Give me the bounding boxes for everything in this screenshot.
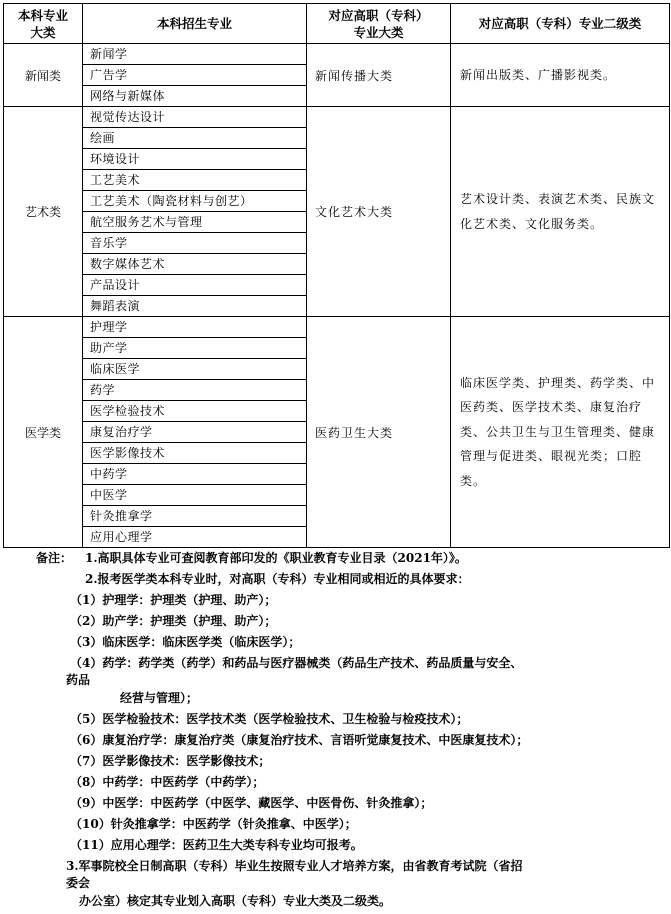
note-line: 经营与管理）；: [120, 688, 198, 708]
note-line: 3.军事院校全日制高职（专科）毕业生按照专业人才培养方案，由省教育考试院（省招: [66, 856, 523, 876]
major-cell: 临床医学: [83, 359, 307, 380]
table-row: 艺术类 视觉传达设计 文化艺术大类 艺术设计类、表演艺术类、民族文化艺术类、文化…: [4, 107, 670, 128]
note-line: 委会: [66, 873, 90, 893]
vocational-secondary-cell: 临床医学类、护理类、药学类、中医药类、医学技术类、康复治疗类、公共卫生与卫生管理…: [451, 317, 670, 548]
note-line: （5）医学检验技术：医学技术类（医学检验技术、卫生检验与检疫技术）；: [70, 709, 468, 729]
header-vocational-class: 对应高职（专科）专业大类: [307, 4, 451, 44]
major-cell: 网络与新媒体: [83, 86, 307, 107]
header-undergrad-major: 本科招生专业: [83, 4, 307, 44]
note-line: （11）应用心理学：医药卫生大类专科专业均可报考。: [70, 835, 363, 855]
major-cell: 医学影像技术: [83, 443, 307, 464]
note-line: （4）药学：药学类（药学）和药品与医疗器械类（药品生产技术、药品质量与安全、: [70, 653, 522, 673]
major-cell: 舞蹈表演: [83, 296, 307, 317]
major-cell: 医学检验技术: [83, 401, 307, 422]
note-line: 1.高职具体专业可查阅教育部印发的《职业教育专业目录（2021年）》。: [85, 548, 467, 568]
header-text: 本科专业: [18, 8, 68, 23]
vocational-class-cell: 文化艺术大类: [307, 107, 451, 317]
major-cell: 中药学: [83, 464, 307, 485]
header-text: 大类: [30, 25, 55, 40]
note-line: （9）中医学：中医药学（中医学、藏医学、中医骨伤、针灸推拿）；: [70, 793, 432, 813]
notes-label: 备注：: [36, 548, 72, 568]
major-cell: 新闻学: [83, 44, 307, 65]
table-row: 新闻类 新闻学 新闻传播大类 新闻出版类、广播影视类。: [4, 44, 670, 65]
note-line: 办公室）核定其专业划入高职（专科）专业大类及二级类。: [79, 891, 391, 911]
major-cell: 药学: [83, 380, 307, 401]
category-cell: 医学类: [4, 317, 83, 548]
major-cell: 助产学: [83, 338, 307, 359]
header-text: 对应高职（专科）: [328, 8, 428, 23]
major-cell: 视觉传达设计: [83, 107, 307, 128]
major-cell: 工艺美术（陶瓷材料与创艺）: [83, 191, 307, 212]
major-cell: 绘画: [83, 128, 307, 149]
note-line: 药品: [66, 670, 90, 690]
major-cell: 护理学: [83, 317, 307, 338]
vocational-secondary-cell: 新闻出版类、广播影视类。: [451, 44, 670, 107]
major-cell: 航空服务艺术与管理: [83, 212, 307, 233]
major-cell: 环境设计: [83, 149, 307, 170]
note-line: （7）医学影像技术：医学影像技术；: [70, 751, 270, 771]
major-cell: 音乐学: [83, 233, 307, 254]
header-text: 专业大类: [353, 25, 403, 40]
header-undergrad-category: 本科专业大类: [4, 4, 83, 44]
note-line: （10）针灸推拿学：中医药学（针灸推拿、中医学）；: [70, 814, 357, 834]
major-cell: 应用心理学: [83, 527, 307, 548]
header-vocational-secondary: 对应高职（专科）专业二级类: [451, 4, 670, 44]
note-line: （3）临床医学：临床医学类（临床医学）；: [70, 632, 300, 652]
vocational-class-cell: 医药卫生大类: [307, 317, 451, 548]
note-line: （1）护理学：护理类（护理、助产）；: [70, 590, 276, 610]
major-cell: 产品设计: [83, 275, 307, 296]
major-cell: 数字媒体艺术: [83, 254, 307, 275]
note-line: （2）助产学：护理类（护理、助产）；: [70, 611, 276, 631]
note-line: （6）康复治疗学：康复治疗类（康复治疗技术、言语听觉康复技术、中医康复技术）；: [70, 730, 528, 750]
category-cell: 艺术类: [4, 107, 83, 317]
major-cell: 中医学: [83, 485, 307, 506]
note-line: 2.报考医学类本科专业时，对高职（专科）专业相同或相近的具体要求：: [85, 569, 470, 589]
note-line: （8）中药学：中医药学（中药学）；: [70, 772, 264, 792]
major-cell: 广告学: [83, 65, 307, 86]
vocational-class-cell: 新闻传播大类: [307, 44, 451, 107]
header-row: 本科专业大类 本科招生专业 对应高职（专科）专业大类 对应高职（专科）专业二级类: [4, 4, 670, 44]
major-cell: 康复治疗学: [83, 422, 307, 443]
category-cell: 新闻类: [4, 44, 83, 107]
vocational-secondary-cell: 艺术设计类、表演艺术类、民族文化艺术类、文化服务类。: [451, 107, 670, 317]
major-correspondence-table: 本科专业大类 本科招生专业 对应高职（专科）专业大类 对应高职（专科）专业二级类…: [3, 3, 670, 548]
table-row: 医学类 护理学 医药卫生大类 临床医学类、护理类、药学类、中医药类、医学技术类、…: [4, 317, 670, 338]
major-cell: 工艺美术: [83, 170, 307, 191]
major-cell: 针灸推拿学: [83, 506, 307, 527]
